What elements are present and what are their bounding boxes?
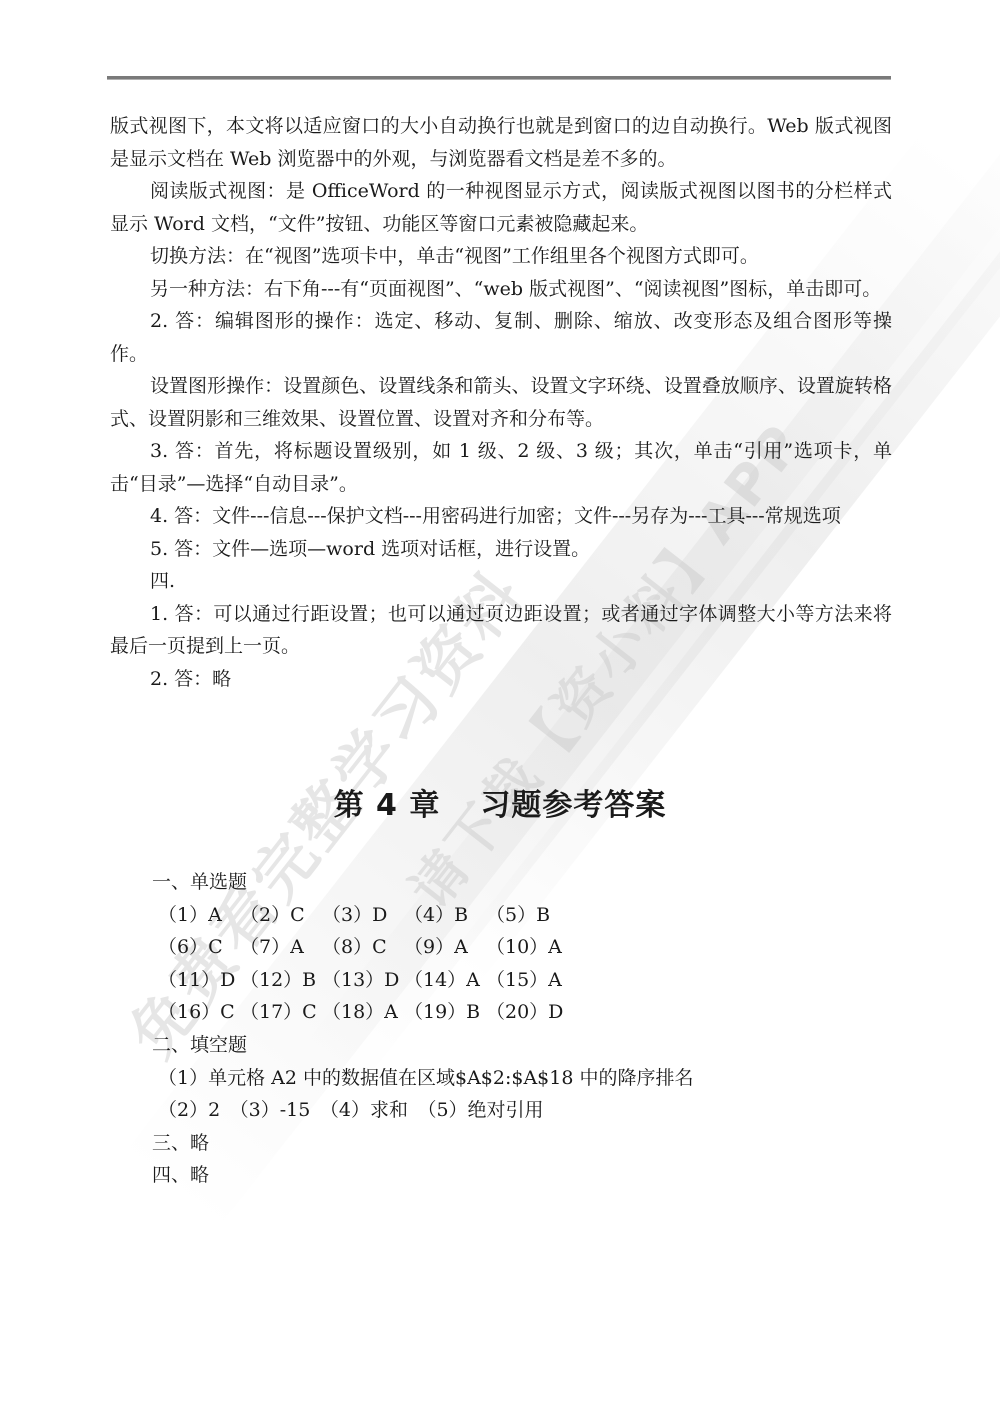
answer-item: （11）D — [158, 964, 240, 997]
paragraph: 3. 答：首先，将标题设置级别，如 1 级、2 级、3 级；其次，单击“引用”选… — [110, 435, 892, 500]
answer-item: （10）A — [486, 931, 568, 964]
chapter-heading: 第 4 章习题参考答案 — [0, 780, 1000, 824]
answer-item: （2）C — [240, 899, 322, 932]
paragraph: 5. 答：文件—选项—word 选项对话框，进行设置。 — [110, 533, 892, 566]
answer-row: （6）C （7）A （8）C （9）A （10）A — [152, 931, 892, 964]
answer-item: （14）A — [404, 964, 486, 997]
paragraph: 4. 答：文件---信息---保护文档---用密码进行加密；文件---另存为--… — [110, 500, 892, 533]
answer-item: （3）D — [322, 899, 404, 932]
answer-item: （7）A — [240, 931, 322, 964]
paragraph: 阅读版式视图：是 OfficeWord 的一种视图显示方式，阅读版式视图以图书的… — [110, 175, 892, 240]
answer-row: （11）D （12）B （13）D （14）A （15）A — [152, 964, 892, 997]
paragraph: 1. 答：可以通过行距设置；也可以通过页边距设置；或者通过字体调整大小等方法来将… — [110, 598, 892, 663]
answer-item: （6）C — [158, 931, 240, 964]
chapter-number: 第 4 章 — [334, 788, 441, 823]
answer-item: （4）B — [404, 899, 486, 932]
answer-item: （15）A — [486, 964, 568, 997]
header-rule — [107, 76, 891, 80]
answer-item: （9）A — [404, 931, 486, 964]
answer-item: （17）C — [240, 996, 322, 1029]
body-text: 版式视图下，本文将以适应窗口的大小自动换行也就是到窗口的边自动换行。Web 版式… — [110, 110, 892, 695]
answer-item: （20）D — [486, 996, 568, 1029]
paragraph: 2. 答：编辑图形的操作：选定、移动、复制、删除、缩放、改变形态及组合图形等操作… — [110, 305, 892, 370]
paragraph: 切换方法：在“视图”选项卡中，单击“视图”工作组里各个视图方式即可。 — [110, 240, 892, 273]
paragraph: 2. 答：略 — [110, 663, 892, 696]
paragraph: 设置图形操作：设置颜色、设置线条和箭头、设置文字环绕、设置叠放顺序、设置旋转格式… — [110, 370, 892, 435]
section-four: 四、略 — [152, 1159, 892, 1192]
paragraph: 另一种方法：右下角---有“页面视图”、“web 版式视图”、“阅读视图”图标，… — [110, 273, 892, 306]
answer-item: （1）A — [158, 899, 240, 932]
chapter-title: 习题参考答案 — [480, 788, 666, 823]
section-heading-single-choice: 一、单选题 — [152, 866, 892, 899]
answer-key: 一、单选题 （1）A （2）C （3）D （4）B （5）B （6）C （7）A… — [152, 866, 892, 1192]
section-three: 三、略 — [152, 1127, 892, 1160]
section-heading-fill-blank: 二、填空题 — [152, 1029, 892, 1062]
paragraph: 版式视图下，本文将以适应窗口的大小自动换行也就是到窗口的边自动换行。Web 版式… — [110, 110, 892, 175]
answer-item: （19）B — [404, 996, 486, 1029]
answer-item: （8）C — [322, 931, 404, 964]
answer-item: （18）A — [322, 996, 404, 1029]
paragraph: 四. — [110, 565, 892, 598]
fill-blank-answer: （2）2 （3）-15 （4）求和 （5）绝对引用 — [152, 1094, 892, 1127]
answer-row: （16）C （17）C （18）A （19）B （20）D — [152, 996, 892, 1029]
answer-item: （12）B — [240, 964, 322, 997]
answer-item: （16）C — [158, 996, 240, 1029]
fill-blank-answer: （1）单元格 A2 中的数据值在区域$A$2:$A$18 中的降序排名 — [152, 1062, 892, 1095]
answer-item: （13）D — [322, 964, 404, 997]
answer-row: （1）A （2）C （3）D （4）B （5）B — [152, 899, 892, 932]
answer-item: （5）B — [486, 899, 568, 932]
